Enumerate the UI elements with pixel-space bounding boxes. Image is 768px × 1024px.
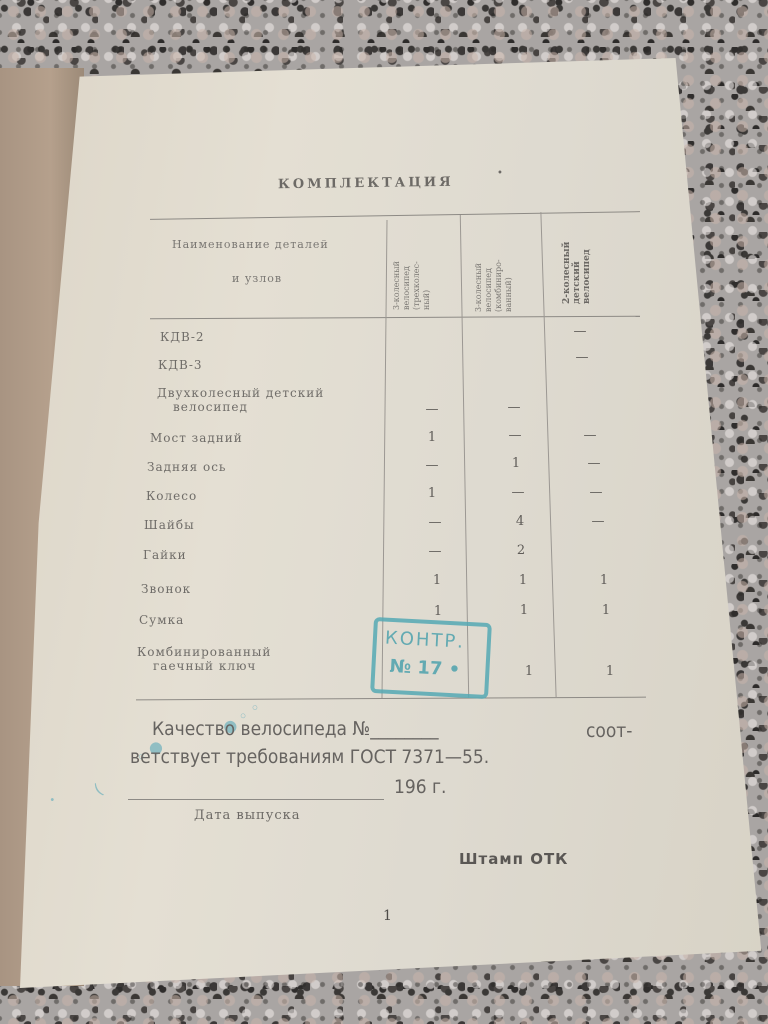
- row-label: Двухколесный детский велосипед: [157, 386, 324, 414]
- quality-text: Качество велосипеда №: [152, 718, 370, 740]
- table-cell: 1: [596, 603, 616, 618]
- table-cell: —: [422, 402, 442, 417]
- row-label: Мост задний: [150, 431, 243, 445]
- row-label: КДВ-2: [160, 330, 205, 344]
- table-cell: —: [425, 515, 445, 530]
- title-mark: •: [497, 168, 503, 179]
- page-content: КОМПЛЕКТАЦИЯ • Наименование деталей и уз…: [0, 0, 768, 1024]
- row-label-line1: Комбинированный: [137, 645, 271, 659]
- row-label-line1: Двухколесный детский: [157, 386, 324, 400]
- table-cell: 1: [506, 456, 526, 471]
- table-cell: —: [570, 324, 590, 339]
- release-date-label: Дата выпуска: [194, 808, 301, 823]
- date-blank-line: [128, 799, 384, 800]
- table-cell: 1: [600, 664, 620, 679]
- row-label: Гайки: [143, 548, 187, 562]
- row-label: КДВ-3: [158, 358, 203, 372]
- table-cell: 1: [422, 486, 442, 501]
- stamp-text-line2: № 17 •: [389, 656, 461, 681]
- table-cell: —: [504, 400, 524, 415]
- column-divider-3: [540, 212, 556, 698]
- table-cell: 1: [422, 430, 442, 445]
- stamp-text-line1: КОНТР.: [384, 628, 465, 653]
- quality-statement-line1: Качество велосипеда №________: [152, 718, 439, 740]
- faded-ink-stamp-mark: •: [47, 794, 58, 806]
- otk-stamp-label: Штамп ОТК: [459, 850, 568, 868]
- bicycle-number-blank: ________: [370, 718, 438, 740]
- column-header-name-line2: и узлов: [232, 272, 282, 285]
- row-label: Задняя ось: [147, 460, 226, 474]
- table-cell: 1: [427, 573, 447, 588]
- row-label: Комбинированный гаечный ключ: [137, 645, 271, 673]
- table-cell: —: [572, 350, 592, 365]
- table-cell: 1: [428, 604, 448, 619]
- page-number: 1: [383, 908, 392, 924]
- faded-ink-stamp-mark: (: [90, 780, 106, 799]
- table-cell: —: [584, 456, 604, 471]
- table-cell: —: [505, 428, 525, 443]
- table-cell: 2: [511, 543, 531, 558]
- row-label: Колесо: [146, 489, 197, 503]
- table-cell: 1: [514, 603, 534, 618]
- column-header-name: Наименование деталей: [172, 238, 329, 251]
- row-label: Сумка: [139, 613, 184, 627]
- table-cell: 1: [519, 664, 539, 679]
- row-label-line2: велосипед: [157, 400, 324, 414]
- table-cell: 1: [513, 573, 533, 588]
- table-cell: 1: [594, 573, 614, 588]
- quality-statement-suffix: соот-: [586, 720, 632, 742]
- release-year: 196 г.: [394, 776, 446, 798]
- row-label-line2: гаечный ключ: [137, 659, 271, 673]
- row-label: Шайбы: [144, 518, 195, 532]
- column-header-name-line1: Наименование деталей: [172, 238, 329, 251]
- column-header-3-wheel-combined: 3-колесный велосипед (комбиниро- ванный): [474, 222, 514, 312]
- inspection-stamp: КОНТР. № 17 •: [370, 617, 492, 699]
- column-header-3-wheel-tricycle: 3-колесный велосипед (трехколес- ный): [392, 226, 432, 310]
- table-cell: —: [586, 485, 606, 500]
- table-cell: 4: [510, 514, 530, 529]
- column-header-2-wheel-kids: 2-колесный детский велосипед: [562, 210, 592, 304]
- table-cell: —: [422, 458, 442, 473]
- table-cell: —: [425, 544, 445, 559]
- table-cell: —: [588, 514, 608, 529]
- page-title: КОМПЛЕКТАЦИЯ: [278, 175, 454, 192]
- table-header-rule: [150, 316, 640, 320]
- table-cell: —: [508, 485, 528, 500]
- quality-statement-line2: ветствует требованиям ГОСТ 7371—55.: [130, 746, 489, 768]
- table-cell: —: [580, 428, 600, 443]
- table-bottom-rule: [136, 697, 646, 701]
- row-label: Звонок: [141, 582, 191, 596]
